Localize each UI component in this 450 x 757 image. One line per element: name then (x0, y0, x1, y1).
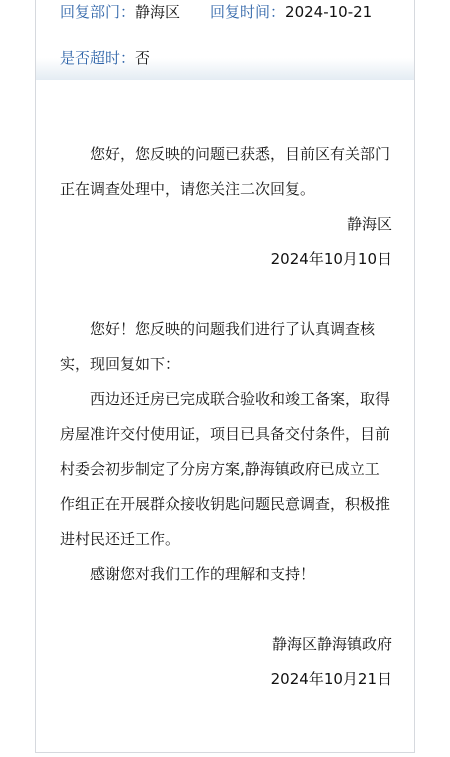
reply2-greeting: 您好！您反映的问题我们进行了认真调查核实，现回复如下： (60, 312, 392, 382)
overtime-label: 是否超时： (60, 49, 135, 67)
meta-row-overtime: 是否超时：否 (60, 48, 150, 68)
meta-row-dept-time: 回复部门：静海区回复时间：2024-10-21 (60, 2, 372, 22)
reply2-signer: 静海区静海镇政府 (60, 627, 392, 662)
dept-value: 静海区 (135, 3, 180, 21)
reply1-date: 2024年10月10日 (60, 242, 392, 277)
reply1-signer: 静海区 (60, 207, 392, 242)
overtime-value: 否 (135, 49, 150, 67)
time-label: 回复时间： (210, 3, 285, 21)
reply-panel: 回复部门：静海区回复时间：2024-10-21 是否超时：否 您好，您反映的问题… (35, 0, 415, 753)
reply2-body: 西边还迁房已完成联合验收和竣工备案，取得房屋准许交付使用证，项目已具备交付条件，… (60, 382, 392, 557)
reply2-date: 2024年10月21日 (60, 662, 392, 697)
reply-content: 您好，您反映的问题已获悉，目前区有关部门正在调查处理中，请您关注二次回复。 静海… (60, 137, 392, 697)
dept-label: 回复部门： (60, 3, 135, 21)
reply2-thanks: 感谢您对我们工作的理解和支持！ (60, 557, 392, 592)
time-value: 2024-10-21 (285, 3, 372, 21)
reply1-text: 您好，您反映的问题已获悉，目前区有关部门正在调查处理中，请您关注二次回复。 (60, 137, 392, 207)
reply-meta-header: 回复部门：静海区回复时间：2024-10-21 是否超时：否 (36, 0, 414, 80)
